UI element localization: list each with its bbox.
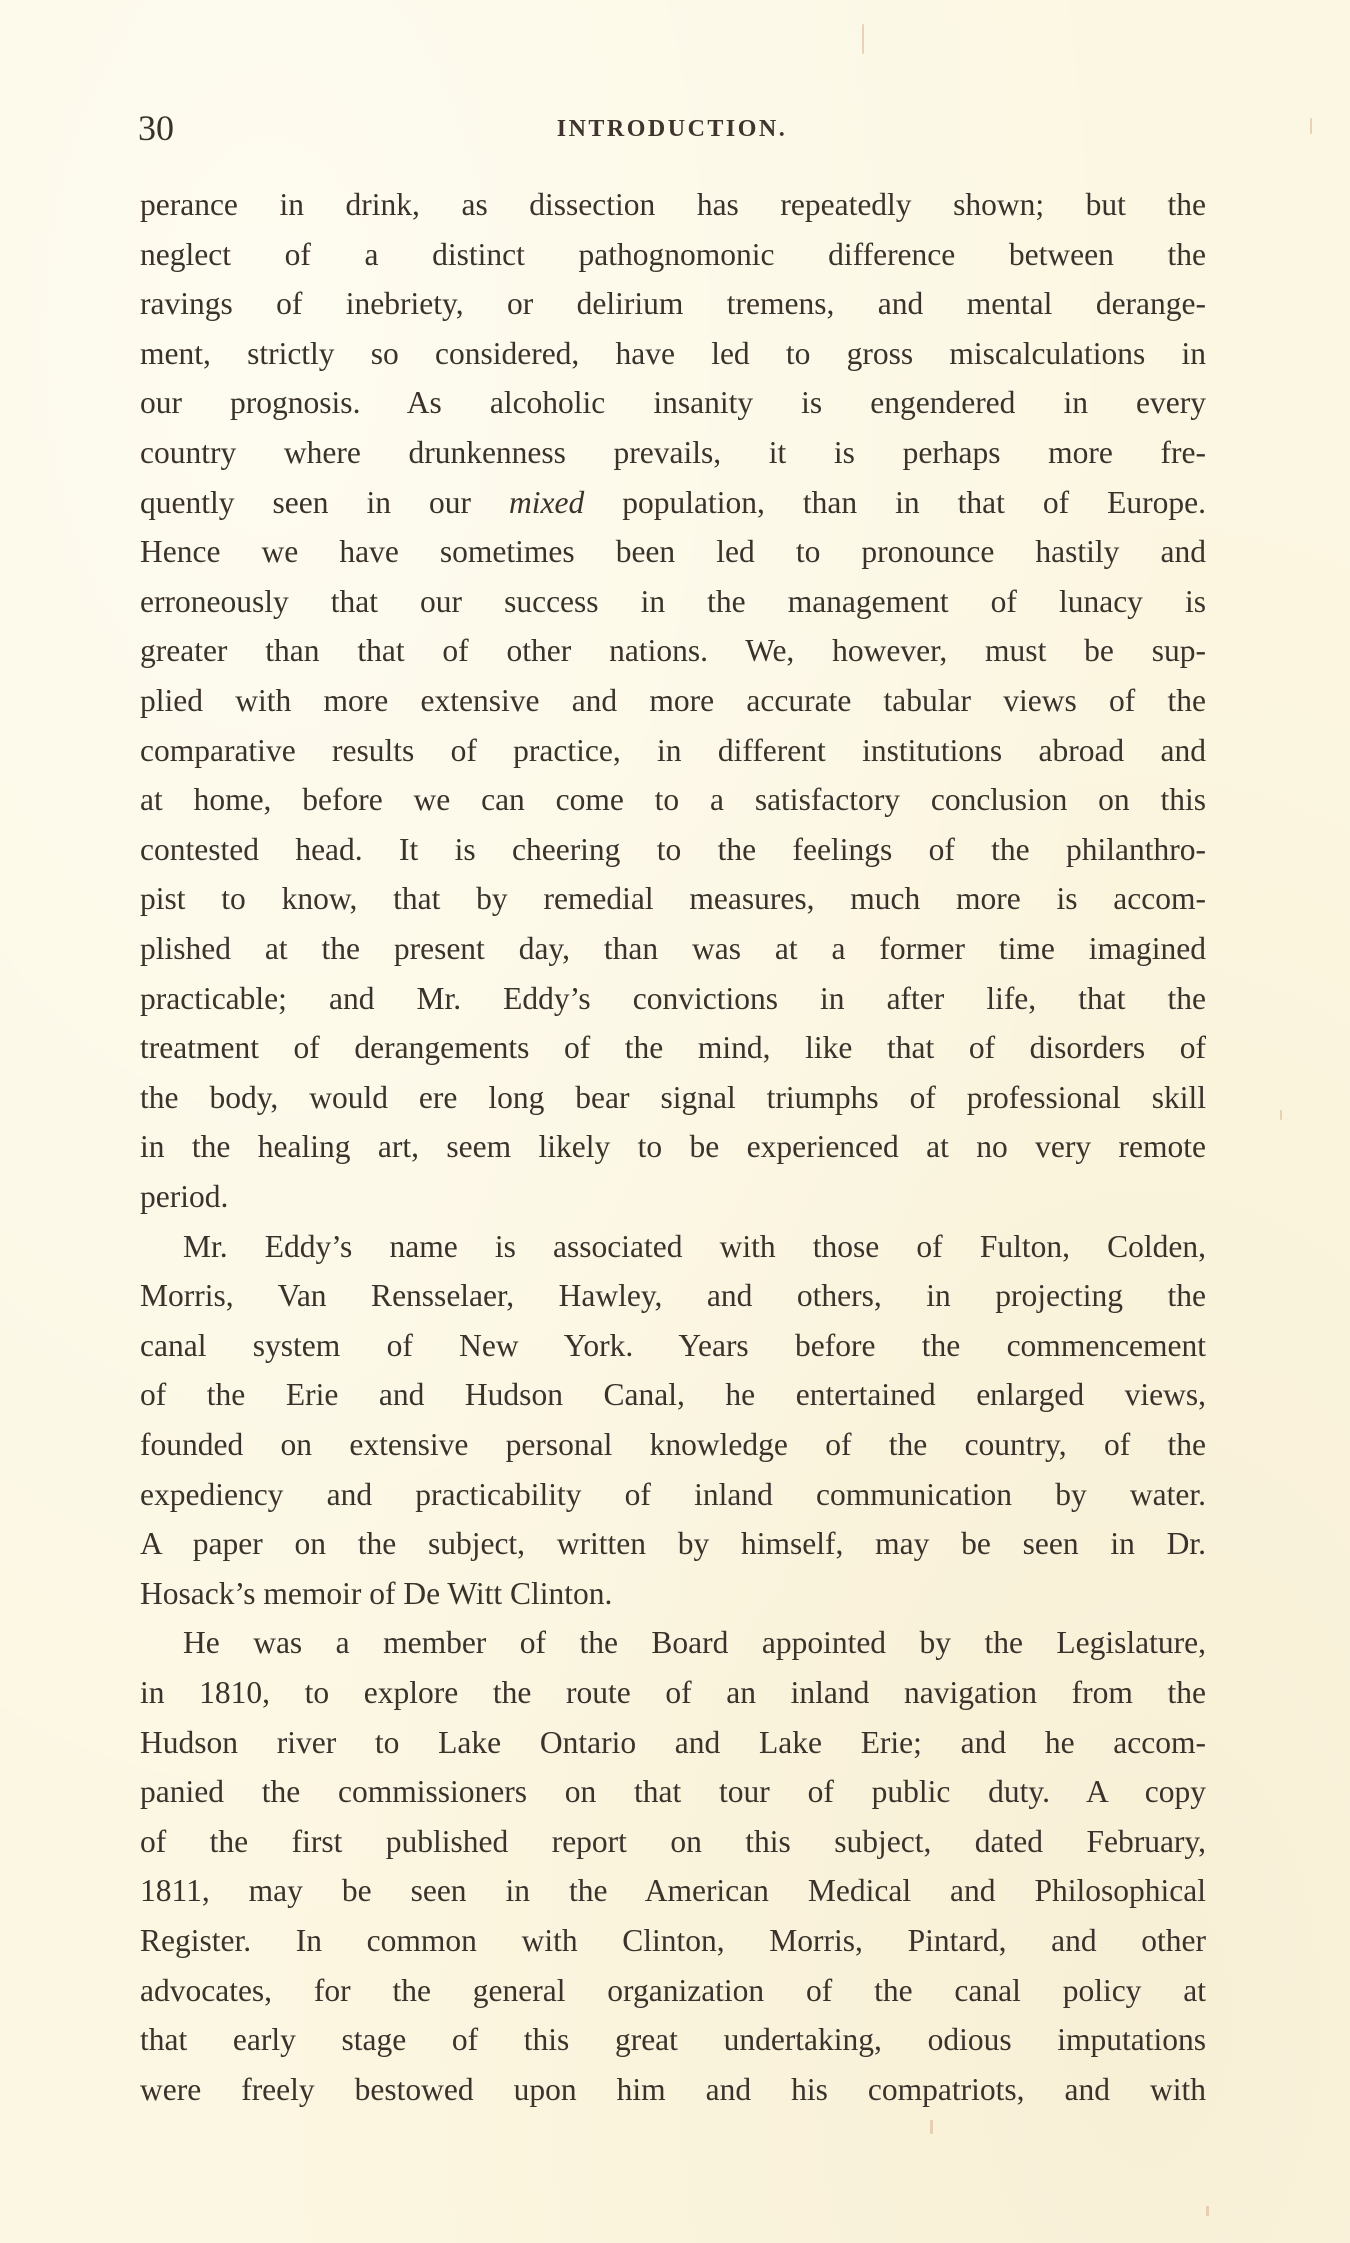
running-head: 30 INTRODUCTION. [138,108,1206,148]
text-line: of the first published report on this su… [140,1817,1206,1867]
text-line: in the healing art, seem likely to be ex… [140,1122,1206,1172]
text-line: the body, would ere long bear signal tri… [140,1073,1206,1123]
running-title: INTRODUCTION. [138,114,1206,144]
text-line: Register. In common with Clinton, Morris… [140,1916,1206,1966]
text-line: quently seen in our mixed population, th… [140,478,1206,528]
text-line: were freely bestowed upon him and his co… [140,2065,1206,2115]
text-line: ravings of inebriety, or delirium tremen… [140,279,1206,329]
text-line: expediency and practicability of inland … [140,1470,1206,1520]
text-line: contested head. It is cheering to the fe… [140,825,1206,875]
text-line: plied with more extensive and more accur… [140,676,1206,726]
text-line: Hence we have sometimes been led to pron… [140,527,1206,577]
italic-word: mixed [509,485,584,520]
book-page: 30 INTRODUCTION. perance in drink, as di… [0,0,1350,2243]
text-line: He was a member of the Board appointed b… [140,1618,1206,1668]
paper-speck [1310,118,1312,134]
text-line: comparative results of practice, in diff… [140,726,1206,776]
paper-speck [1206,2206,1209,2216]
text-line: Mr. Eddy’s name is associated with those… [140,1222,1206,1272]
text-line: founded on extensive personal knowledge … [140,1420,1206,1470]
text-line: that early stage of this great undertaki… [140,2015,1206,2065]
text-line: country where drunkenness prevails, it i… [140,428,1206,478]
text-line: greater than that of other nations. We, … [140,626,1206,676]
text-line: period. [140,1172,1206,1222]
text-fragment: population, than in that of Europe. [584,485,1206,520]
text-line: panied the commissioners on that tour of… [140,1767,1206,1817]
text-line: ment, strictly so considered, have led t… [140,329,1206,379]
text-line: erroneously that our success in the mana… [140,577,1206,627]
paper-speck [1280,1110,1282,1120]
paper-speck [862,24,864,54]
text-line: at home, before we can come to a satisfa… [140,775,1206,825]
text-line: neglect of a distinct pathognomonic diff… [140,230,1206,280]
text-line: perance in drink, as dissection has repe… [140,180,1206,230]
text-line: A paper on the subject, written by himse… [140,1519,1206,1569]
text-line: pist to know, that by remedial measures,… [140,874,1206,924]
text-line: practicable; and Mr. Eddy’s convictions … [140,974,1206,1024]
text-line: Morris, Van Rensselaer, Hawley, and othe… [140,1271,1206,1321]
text-line: advocates, for the general organization … [140,1966,1206,2016]
text-line: Hudson river to Lake Ontario and Lake Er… [140,1718,1206,1768]
text-line: 1811, may be seen in the American Medica… [140,1866,1206,1916]
text-line: our prognosis. As alcoholic insanity is … [140,378,1206,428]
text-fragment: quently seen in our [140,485,509,520]
text-line: treatment of derangements of the mind, l… [140,1023,1206,1073]
text-line: plished at the present day, than was at … [140,924,1206,974]
text-line: in 1810, to explore the route of an inla… [140,1668,1206,1718]
text-line: canal system of New York. Years before t… [140,1321,1206,1371]
text-line: Hosack’s memoir of De Witt Clinton. [140,1569,1206,1619]
text-line: of the Erie and Hudson Canal, he enterta… [140,1370,1206,1420]
paper-speck [930,2120,933,2134]
